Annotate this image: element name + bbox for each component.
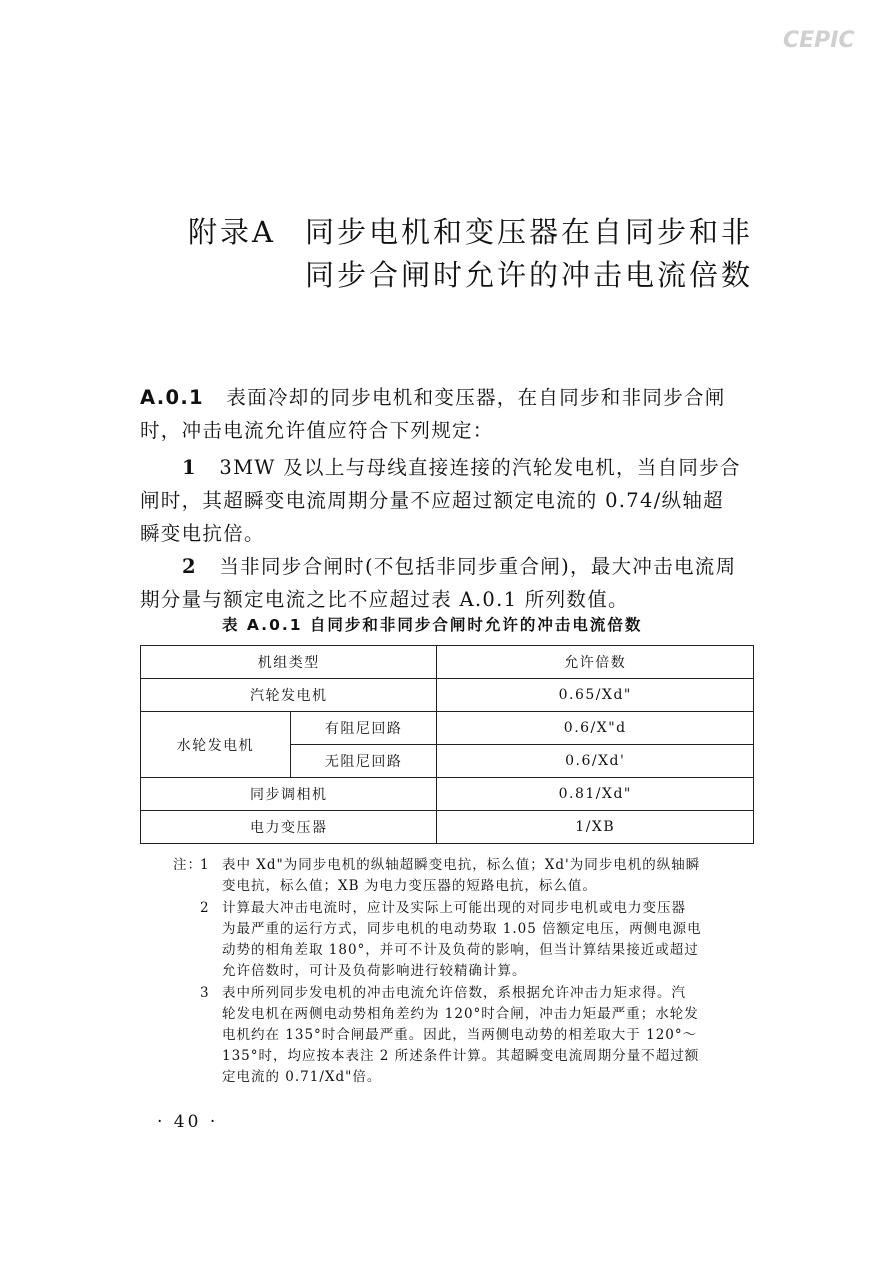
cell-value: 1/XB	[437, 811, 754, 844]
item-2-line-1: 2 当非同步合闸时(不包括非同步重合闸)，最大冲击电流周	[182, 550, 736, 583]
note-2-line: 为最严重的运行方式，同步电机的电动势取 1.05 倍额定电压，两侧电源电	[222, 919, 702, 940]
cepic-watermark: CEPIC	[783, 28, 855, 53]
item-1-line-3: 瞬变电抗倍。	[140, 517, 265, 550]
cell-type: 汽轮发电机	[141, 679, 437, 712]
note-number: 3	[200, 983, 210, 1004]
notes-label: 注：	[173, 855, 202, 876]
table-row: 水轮发电机 有阻尼回路 0.6/X"d	[141, 712, 754, 745]
appendix-title-line-2: 同步合闸时允许的冲击电流倍数	[305, 253, 753, 294]
note-3-line: 表中所列同步发电机的冲击电流允许倍数，系根据允许冲击力矩求得。汽	[222, 983, 686, 1004]
appendix-label: 附录A	[188, 210, 276, 251]
note-number: 2	[200, 898, 210, 919]
note-3-line: 轮发电机在两侧电动势相角差约为 120°时合闸，冲击力矩最严重；水轮发	[222, 1004, 699, 1025]
item-number: 2	[182, 555, 197, 578]
item-1-line-2: 闸时，其超瞬变电流周期分量不应超过额定电流的 0.74/纵轴超	[140, 484, 724, 517]
section-intro-line-2: 时，冲击电流允许值应符合下列规定：	[140, 414, 494, 447]
header-allowed-multiple: 允许倍数	[437, 646, 754, 679]
item-1-line-1: 1 3MW 及以上与母线直接连接的汽轮发电机，当自同步合	[182, 451, 741, 484]
page-number: · 40 ·	[157, 1112, 218, 1132]
note-2-line: 允许倍数时，可计及负荷影响进行较精确计算。	[222, 961, 527, 982]
table-row: 同步调相机 0.81/Xd"	[141, 778, 754, 811]
note-3-line: 135°时，均应按本表注 2 所述条件计算。其超瞬变电流周期分量不超过额	[222, 1046, 699, 1067]
section-number: A.0.1	[140, 386, 204, 409]
impulse-current-table: 机组类型 允许倍数 汽轮发电机 0.65/Xd" 水轮发电机 有阻尼回路 0.6…	[140, 645, 754, 844]
note-number: 1	[200, 855, 210, 876]
header-unit-type: 机组类型	[141, 646, 437, 679]
cell-subtype: 有阻尼回路	[290, 712, 437, 745]
appendix-title-line-1: 同步电机和变压器在自同步和非	[305, 210, 753, 251]
cell-subtype: 无阻尼回路	[290, 745, 437, 778]
cell-type: 同步调相机	[141, 778, 437, 811]
cell-value: 0.6/Xd'	[437, 745, 754, 778]
note-2-line: 动势的相角差取 180°，并可不计及负荷的影响，但当计算结果接近或超过	[222, 940, 699, 961]
table-caption: 表 A.0.1 自同步和非同步合闸时允许的冲击电流倍数	[222, 613, 642, 635]
item-number: 1	[182, 456, 197, 479]
note-1-line: 表中 Xd"为同步电机的纵轴超瞬变电抗，标么值；Xd'为同步电机的纵轴瞬	[222, 855, 700, 876]
table-header-row: 机组类型 允许倍数	[141, 646, 754, 679]
cell-type: 水轮发电机	[141, 712, 291, 778]
note-1-line: 变电抗，标么值；XB 为电力变压器的短路电抗，标么值。	[222, 876, 597, 897]
note-3-line: 定电流的 0.71/Xd"倍。	[222, 1067, 381, 1088]
table-row: 汽轮发电机 0.65/Xd"	[141, 679, 754, 712]
cell-value: 0.65/Xd"	[437, 679, 754, 712]
section-intro-line-1: A.0.1 表面冷却的同步电机和变压器，在自同步和非同步合闸	[140, 381, 726, 414]
note-2-line: 计算最大冲击电流时，应计及实际上可能出现的对同步电机或电力变压器	[222, 898, 686, 919]
cell-value: 0.81/Xd"	[437, 778, 754, 811]
cell-value: 0.6/X"d	[437, 712, 754, 745]
item-2-line-2: 期分量与额定电流之比不应超过表 A.0.1 所列数值。	[140, 583, 629, 616]
note-3-line: 电机约在 135°时合闸最严重。因此，当两侧电动势的相差取大于 120°～	[222, 1025, 697, 1046]
cell-type: 电力变压器	[141, 811, 437, 844]
table-row: 电力变压器 1/XB	[141, 811, 754, 844]
